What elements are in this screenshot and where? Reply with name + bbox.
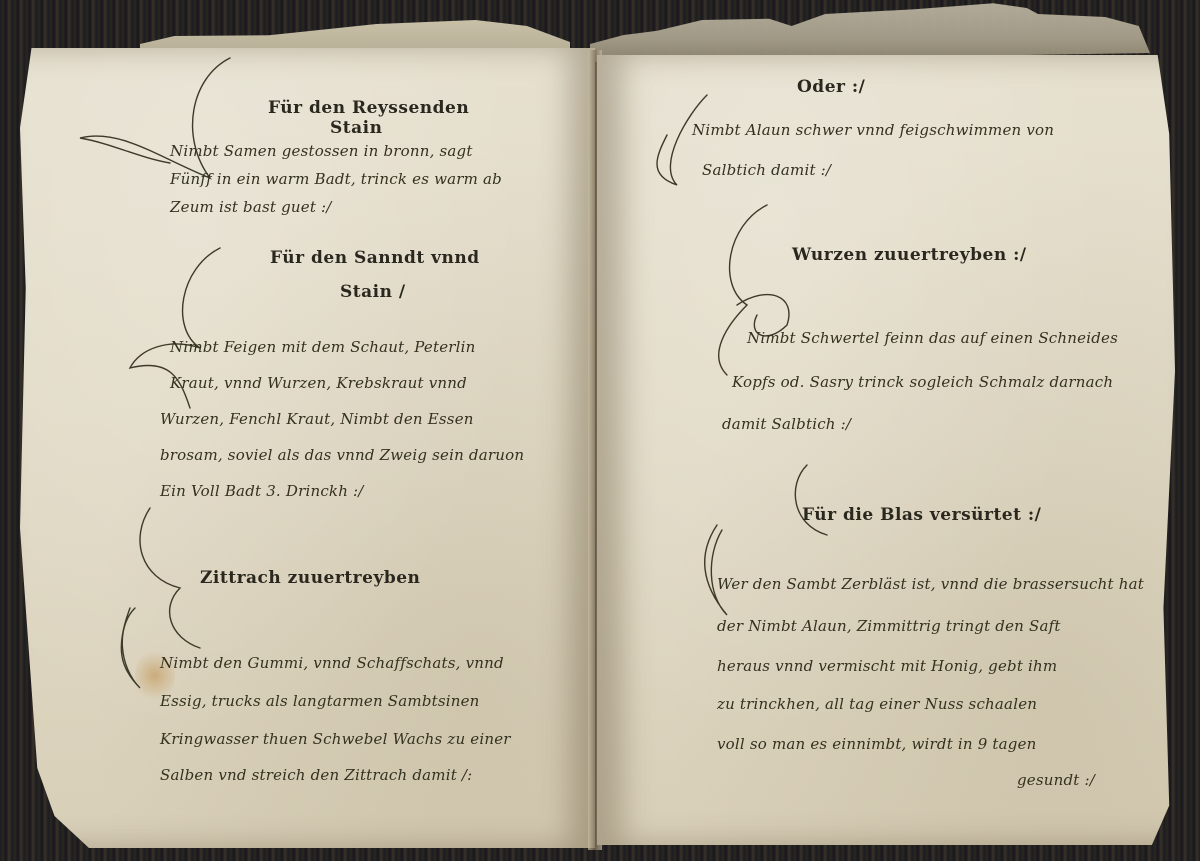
text-line: Nimbt Feigen mit dem Schaut, Peterlin — [170, 338, 476, 356]
section-heading: Zittrach zuuertreyben — [200, 568, 420, 588]
text-line: heraus vnnd vermischt mit Honig, gebt ih… — [717, 657, 1057, 675]
text-line: Nimbt Samen gestossen in bronn, sagt — [170, 142, 473, 160]
section-heading: Oder :/ — [797, 77, 865, 97]
right-page: Oder :/ Nimbt Alaun schwer vnnd feigschw… — [597, 55, 1175, 845]
section-heading: Für den Sanndt vnnd — [270, 248, 480, 268]
torn-page-edge-right — [590, 2, 1150, 62]
section-heading: Stain / — [340, 282, 406, 302]
section-heading: Wurzen zuuertreyben :/ — [792, 245, 1027, 265]
text-line: damit Salbtich :/ — [722, 415, 851, 433]
photo-background: Für den Reyssenden Stain Nimbt Samen ges… — [0, 0, 1200, 861]
text-line: Nimbt Alaun schwer vnnd feigschwimmen vo… — [692, 121, 1054, 139]
text-line: zu trinckhen, all tag einer Nuss schaale… — [717, 695, 1037, 713]
section-heading: Stain — [330, 118, 382, 138]
flourish-decoration — [597, 55, 1175, 845]
text-line: Nimbt Schwertel feinn das auf einen Schn… — [747, 329, 1118, 347]
text-line: Kringwasser thuen Schwebel Wachs zu eine… — [160, 730, 511, 748]
open-manuscript-book: Für den Reyssenden Stain Nimbt Samen ges… — [0, 0, 1200, 861]
section-heading: Für die Blas versürtet :/ — [802, 505, 1041, 525]
text-line: gesundt :/ — [1017, 771, 1095, 789]
text-line: Wurzen, Fenchl Kraut, Nimbt den Essen — [160, 410, 474, 428]
text-line: Wer den Sambt Zerbläst ist, vnnd die bra… — [717, 575, 1144, 593]
text-line: Salben vnd streich den Zittrach damit /: — [160, 766, 472, 784]
text-line: Zeum ist bast guet :/ — [170, 198, 332, 216]
text-line: brosam, soviel als das vnnd Zweig sein d… — [160, 446, 524, 464]
text-line: Essig, trucks als langtarmen Sambtsinen — [160, 692, 480, 710]
text-line: Kraut, vnnd Wurzen, Krebskraut vnnd — [170, 374, 467, 392]
section-heading: Für den Reyssenden — [268, 98, 469, 118]
text-line: Kopfs od. Sasry trinck sogleich Schmalz … — [732, 373, 1113, 391]
text-line: Nimbt den Gummi, vnnd Schaffschats, vnnd — [160, 654, 504, 672]
text-line: Salbtich damit :/ — [702, 161, 831, 179]
text-line: voll so man es einnimbt, wirdt in 9 tage… — [717, 735, 1037, 753]
text-line: Ein Voll Badt 3. Drinckh :/ — [160, 482, 364, 500]
text-line: der Nimbt Alaun, Zimmittrig tringt den S… — [717, 617, 1061, 635]
left-page: Für den Reyssenden Stain Nimbt Samen ges… — [20, 48, 595, 848]
text-line: Fünff in ein warm Badt, trinck es warm a… — [170, 170, 502, 188]
